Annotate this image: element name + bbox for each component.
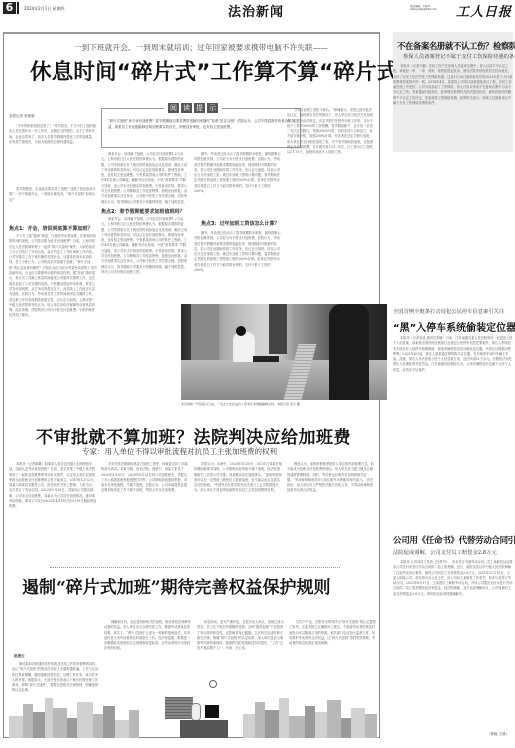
page-number: 6 (3, 2, 16, 14)
third-col-2: 理解和支持。无论是何种形式的加班，都应该依法保障劳动者的权益。用人单位应当合理安… (104, 620, 192, 696)
second-col-4: 教授认为，加班审批制度是用人单位的内部管理方式，但不能成为拒绝支付加班费的理由。… (287, 462, 375, 570)
clock-icon (209, 680, 217, 688)
right-story-2-kicker: 全国首例全链条打击侵犯公民停车信息案引关注 (393, 307, 504, 315)
dotted-divider (50, 567, 340, 568)
reading-tip-title: 阅 读 提 示 (164, 103, 222, 113)
newspaper-logo: 工人日报 (456, 1, 512, 20)
right-story-2-body: 本报讯（记者吴迪 通讯员李娜）日前，江苏南通市某人民法院审结一起侵犯公民个人信息… (393, 336, 513, 530)
subhead-focus-2: 焦点2：春节假期能要求加班值班吗？ (101, 208, 184, 215)
right-story-3-headline: 公司用《任命书》代替劳动合同引纠纷 (393, 534, 515, 546)
reading-tip-text: “碎片式加班”该不该有加班费？春节假期能否要求携带电脑回家随时“待命”是否合理？… (108, 119, 296, 130)
right-story-2-headline: “黑”入停车系统偷装定位器多人获刑 (393, 319, 515, 334)
woman-with-laptop (233, 332, 255, 362)
issue-date: 2024年2月1日 星期四 (24, 6, 65, 12)
window-blinds-illustration (165, 697, 193, 719)
lead-col-2b: 两来开会、培训属于加班，公司应支付加班费1.2万余元。上海市松江区人民法院经审理… (101, 217, 189, 335)
masthead-divider (17, 2, 19, 14)
editor-info: 责任编辑：卢越 E-mail:grrbjs@163.com (410, 5, 450, 11)
third-col-4: 以生产产品、法院作出的判决为“碎片式加班”的认定提供了参考。企业应树立正确的用工… (289, 620, 377, 684)
desk-illustration (180, 720, 228, 738)
lead-col-1: 不少打工族“隐形”被迫，只是给劳动者加班。在频频到岗的时间的加班，公司是否要为此… (9, 234, 97, 448)
lead-kicker: 一到下班就开会、一到周末就培训；过年回家被要求携带电脑不许失联—— (74, 42, 328, 53)
second-subtitle: 专家：用人单位不得以审批流程对抗员工主张加班费的权利 (82, 446, 277, 457)
section-title: 法治新闻 (228, 1, 284, 20)
lead-byline: 本报记者 张菀航 (9, 114, 35, 119)
right-column: 不在备案名册就不认工伤？检察院提起抗诉 参保人员备案登记不属于支付工伤保险待遇的… (393, 32, 513, 738)
subhead-focus-1: 焦点1：开会、培训到底算不算加班？ (9, 225, 92, 232)
right-story-1-subtitle: 参保人员备案登记不属于支付工伤保险待遇的条件 (403, 52, 515, 60)
second-col-1: 本报讯（记者陈曦）如果用人单位没有履行加班审批手续，还能认定劳动者加班吗？日前，… (9, 462, 97, 570)
lead-col-2a: 两来开会、培训属于加班，公司应支付加班费1.2万余元。上海市松江区人民法院经审理… (101, 152, 189, 204)
right-story-1-body: 本报讯（记者卢越）农民工因不在参保人员备案名册中，被人社局不予认定工伤。该案经一… (393, 64, 513, 302)
third-byline: 赵清云 (14, 654, 25, 659)
page-masthead: 6 2024年2月1日 星期四 法治新闻 责任编辑：卢越 E-mail:grrb… (0, 0, 515, 14)
second-col-3: 法院认为，本案中，2020年5月30日、5月31日刘某在案涉期间被要求加班，公司… (194, 462, 282, 570)
right-story-3-subtitle: 法院促成调解，公司支付员工赔偿金2.8万元 (393, 548, 497, 556)
third-headline: 遏制“碎片式加班”期待完善权益保护规则 (22, 573, 331, 598)
subway-photo (181, 304, 387, 400)
reading-tip-char: 提 (194, 103, 205, 113)
third-col-1: 微信群和各种通讯软件的普及在给工作带来便利的同时，也让“碎片式加班”的情况在年轻… (12, 662, 100, 696)
subhead-focus-3: 焦点3：过年加班工资该怎么计算？ (201, 220, 279, 227)
second-col-2: 司支付其在职期间休息日加班工资等，仲裁委支持了刘某的部分请求。刘某不服，诉至法院… (101, 462, 189, 570)
reading-tip-char: 读 (181, 103, 192, 113)
lead-intro-questions: 春节假期里，企业能否要求员工加班？加班工资应如何计算？一到下班就开会，一到周末就… (9, 187, 97, 219)
lead-intro: “今年的班被加到这里了！”年关将至，不少小打工族的朋友人在忙着年末一年工作时，全… (9, 124, 97, 186)
lead-col-4: 公司对加班工资拒不承认。“律师表示，法院已经对此作出认定，加班事实存在的情况下，… (287, 108, 375, 304)
second-headline: 不审批就不算加班？法院判决应给加班费 (36, 423, 351, 448)
computer-screen-illustration (205, 705, 219, 718)
right-story-3-signature: （钟晓 王晨） (487, 732, 509, 737)
reading-tip-char: 示 (207, 103, 218, 113)
right-story-3-body: 本报讯 公司向员工发放《任命书》，但未签订书面劳动合同，员工离职后以此要求公司支… (393, 560, 513, 730)
reading-tip-char: 阅 (168, 103, 179, 113)
lead-col-3b: 额外，劳动者已经出示了春节假期的未审批，最终推断公司的加班安排，公司应当为小张支… (194, 231, 282, 303)
right-story-1-headline: 不在备案名册就不认工伤？检察院提起抗诉 (397, 40, 515, 52)
office-worker-illustration (191, 703, 201, 721)
photo-caption: 北京地铁一号线复兴门站，一名女士坐在站台上用笔记本电脑编辑文档。本报记者 吴凡 … (181, 402, 300, 406)
reading-tip-box: 阅 读 提 示 “碎片式加班”该不该有加班费？春节假期能否要求携带电脑回家随时“… (101, 108, 301, 148)
lead-col-3a: 额外，劳动者已经出示了春节假期的未审批，最终推断公司的加班安排，公司应当为小张支… (194, 152, 282, 216)
